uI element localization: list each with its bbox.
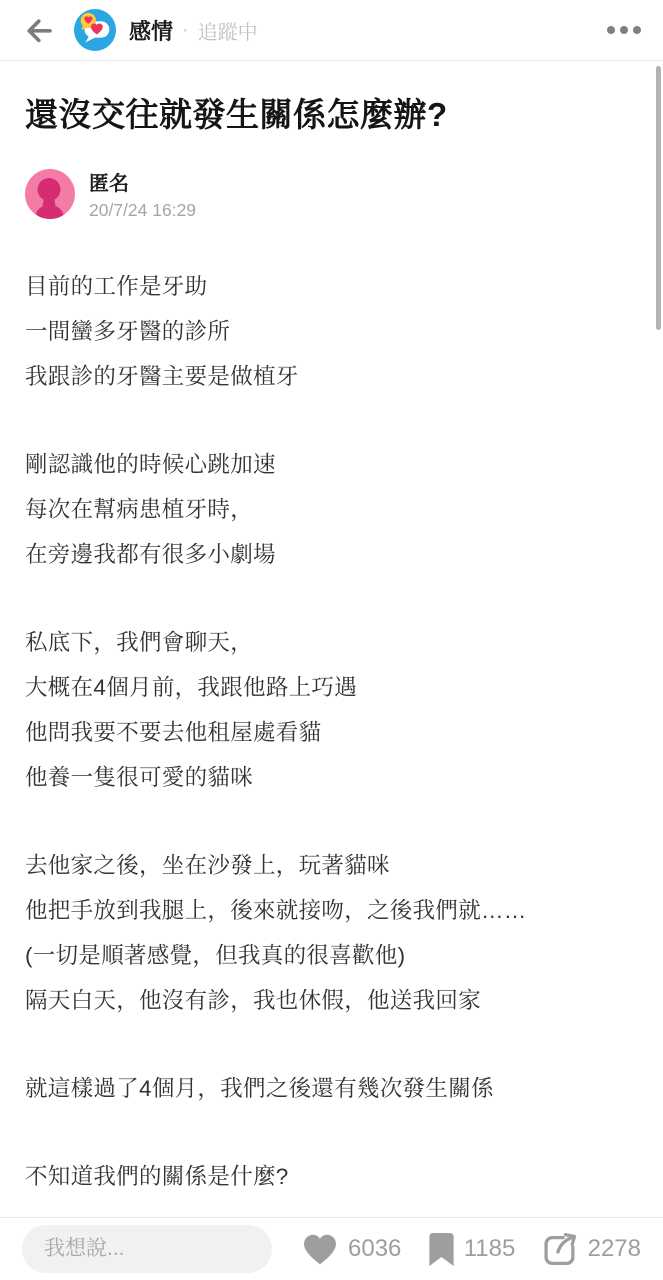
back-button[interactable] [22, 14, 54, 46]
scrollbar-thumb[interactable] [656, 66, 661, 330]
post-body: 目前的工作是牙助 一間蠻多牙醫的診所 我跟診的牙醫主要是做植牙 剛認識他的時候心… [25, 264, 638, 1199]
post-line: 每次在幫病患植牙時， [25, 487, 638, 532]
share-icon [543, 1232, 578, 1267]
post-line: 剛認識他的時候心跳加速 [25, 442, 638, 487]
bookmark-count: 1185 [464, 1235, 516, 1263]
author-row: 匿名 20/7/24 16:29 [25, 167, 638, 221]
board-icon[interactable] [74, 9, 116, 51]
post-paragraph: 去他家之後，坐在沙發上，玩著貓咪 他把手放到我腿上，後來就接吻，之後我們就…… … [25, 843, 638, 1023]
post-title: 還沒交往就發生關係怎麼辦? [25, 93, 638, 137]
post-line: 去他家之後，坐在沙發上，玩著貓咪 [25, 843, 638, 888]
more-options-button[interactable] [605, 18, 643, 42]
post-line: 一間蠻多牙醫的診所 [25, 309, 638, 354]
like-button[interactable]: 6036 [302, 1233, 401, 1266]
post-stats: 6036 1185 2278 [302, 1232, 641, 1267]
share-button[interactable]: 2278 [543, 1232, 641, 1267]
dot-icon [633, 26, 641, 34]
post-line: (一切是順著感覺，但我真的很喜歡他) [25, 933, 638, 978]
post-line: 他養一隻很可愛的貓咪 [25, 755, 638, 800]
app-screen: 感情 · 追蹤中 還沒交往就發生關係怎麼辦? 匿名 20/7/24 [0, 0, 663, 1280]
post-line: 我跟診的牙醫主要是做植牙 [25, 354, 638, 399]
top-bar: 感情 · 追蹤中 [0, 0, 663, 61]
separator-dot: · [182, 19, 189, 42]
post-line: 隔天白天，他沒有診，我也休假，他送我回家 [25, 978, 638, 1023]
post-timestamp: 20/7/24 16:29 [89, 200, 196, 221]
author-name: 匿名 [89, 167, 196, 196]
post-line: 在旁邊我都有很多小劇場 [25, 532, 638, 577]
board-name[interactable]: 感情 [129, 15, 173, 46]
post-line: 目前的工作是牙助 [25, 264, 638, 309]
dot-icon [620, 26, 628, 34]
post-line: 他把手放到我腿上，後來就接吻，之後我們就…… [25, 888, 638, 933]
post-line: 大概在4個月前，我跟他路上巧遇 [25, 665, 638, 710]
post-line: 就這樣過了4個月，我們之後還有幾次發生關係 [25, 1066, 638, 1111]
comment-input[interactable] [22, 1225, 272, 1273]
post-line: 不知道我們的關係是什麼? [25, 1154, 638, 1199]
share-count: 2278 [588, 1235, 641, 1263]
post-paragraph: 就這樣過了4個月，我們之後還有幾次發生關係 [25, 1066, 638, 1111]
post-paragraph: 目前的工作是牙助 一間蠻多牙醫的診所 我跟診的牙醫主要是做植牙 [25, 264, 638, 399]
post-line: 他問我要不要去他租屋處看貓 [25, 710, 638, 755]
post-content: 還沒交往就發生關係怎麼辦? 匿名 20/7/24 16:29 目前的工作是牙助 [0, 93, 663, 1199]
bookmark-icon [429, 1233, 454, 1266]
bottom-action-bar: 6036 1185 2278 [0, 1217, 663, 1280]
post-paragraph: 不知道我們的關係是什麼? [25, 1154, 638, 1199]
dot-icon [607, 26, 615, 34]
heart-icon [302, 1233, 338, 1266]
arrow-left-icon [22, 14, 54, 46]
anonymous-avatar[interactable] [25, 169, 75, 219]
post-paragraph: 剛認識他的時候心跳加速 每次在幫病患植牙時， 在旁邊我都有很多小劇場 [25, 442, 638, 577]
like-count: 6036 [348, 1235, 401, 1263]
following-status[interactable]: 追蹤中 [198, 16, 258, 45]
author-info: 匿名 20/7/24 16:29 [89, 167, 196, 221]
post-line: 私底下，我們會聊天， [25, 620, 638, 665]
bookmark-button[interactable]: 1185 [429, 1233, 516, 1266]
post-paragraph: 私底下，我們會聊天， 大概在4個月前，我跟他路上巧遇 他問我要不要去他租屋處看貓… [25, 620, 638, 800]
